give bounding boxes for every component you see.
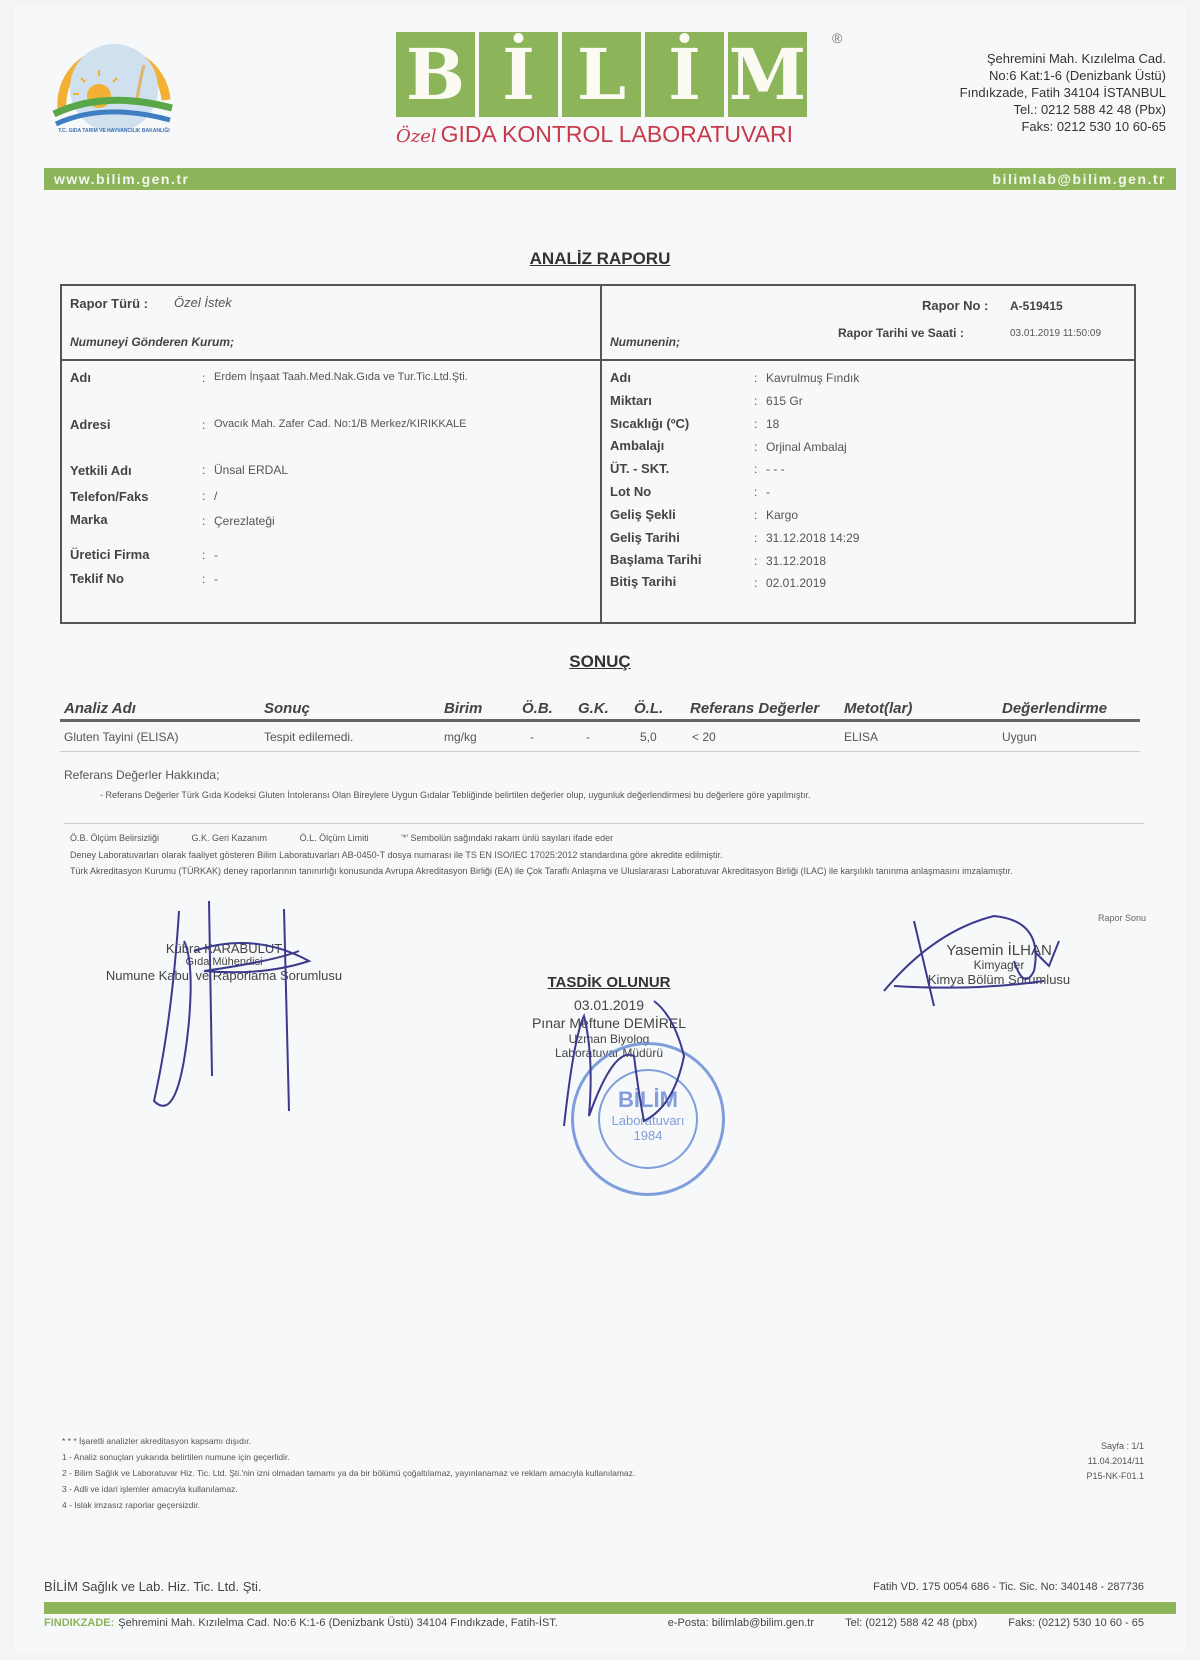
report-end-label: Rapor Sonu [1098, 913, 1146, 923]
approval-heading: TASDİK OLUNUR [534, 974, 684, 991]
page-info: Sayfa : 1/1 11.04.2014/11 P15-NK-F01.1 [1086, 1439, 1144, 1484]
footer-email[interactable]: e-Posta: bilimlab@bilim.gen.tr [668, 1617, 814, 1629]
results-table: Analiz Adı Sonuç Birim Ö.B. G.K. Ö.L. Re… [60, 696, 1140, 752]
sample-lot-no: - [766, 485, 770, 499]
signature-center: 03.01.2019 Pınar Meftune DEMİREL Uzman B… [494, 996, 724, 1060]
footer-bar [44, 1602, 1176, 1614]
table-row: Gluten Tayini (ELISA) Tespit edilemedi. … [60, 722, 1140, 752]
sample-packaging: Orjinal Ambalaj [766, 440, 847, 454]
sample-arrival-date: 31.12.2018 14:29 [766, 531, 859, 545]
abbreviations: Ö.B. Ölçüm Belirsizliği G.K. Geri Kazanı… [70, 830, 1170, 878]
company-name: BİLİM Sağlık ve Lab. Hiz. Tic. Ltd. Şti. [44, 1579, 261, 1594]
sample-end-date: 02.01.2019 [766, 576, 826, 590]
email-link[interactable]: bilimlab@bilim.gen.tr [993, 171, 1167, 187]
sun-wheat-emblem-icon [44, 30, 184, 140]
footer-tel: Tel: (0212) 588 42 48 (pbx) [845, 1617, 977, 1629]
report-no-label: Rapor No : [922, 298, 988, 313]
report-no: A-519415 [1010, 299, 1063, 313]
bilim-logo: B İ L İ M ® ÖzelGIDA KONTROL LABORATUVAR… [396, 32, 807, 148]
page-number: Sayfa : 1/1 [1086, 1439, 1144, 1454]
sender-producer: - [214, 548, 218, 562]
logo-letter: B [396, 32, 475, 117]
page-title: ANALİZ RAPORU [14, 249, 1186, 269]
reference-notes: Referans Değerler Hakkında; - Referans D… [64, 768, 1164, 800]
logo-letter: İ [645, 32, 724, 117]
sender-heading: Numuneyi Gönderen Kurum; [70, 335, 234, 349]
sample-heading: Numunenin; [610, 335, 680, 349]
sender-phone: / [214, 489, 217, 503]
results-header: Analiz Adı Sonuç Birim Ö.B. G.K. Ö.L. Re… [60, 696, 1140, 722]
footer-contact: e-Posta: bilimlab@bilim.gen.tr Tel: (021… [640, 1617, 1144, 1629]
sender-offer-no: - [214, 572, 218, 586]
footer-fax: Faks: (0212) 530 10 60 - 65 [1008, 1617, 1144, 1629]
company-stamp: BİLİM Laboratuvarı 1984 [571, 1042, 725, 1196]
report-type-label: Rapor Türü : [70, 296, 148, 311]
sample-name: Kavrulmuş Fındık [766, 371, 859, 385]
sender-contact: Ünsal ERDAL [214, 463, 288, 477]
ministry-caption: T.C. GIDA TARIM VE HAYVANCILIK BAKANLIĞI [44, 128, 184, 134]
footer-address: FINDIKZADE:Şehremini Mah. Kızılelma Cad.… [44, 1617, 558, 1629]
website-link[interactable]: www.bilim.gen.tr [54, 171, 190, 187]
signature-left: Kübra KARABULUT Gıda Mühendisi Numune Ka… [74, 941, 374, 983]
registered-icon: ® [832, 30, 842, 46]
report-info-box: Rapor Türü : Özel İstek Numuneyi Göndere… [60, 284, 1136, 624]
ministry-logo: T.C. GIDA TARIM VE HAYVANCILIK BAKANLIĞI [44, 30, 184, 155]
report-datetime-label: Rapor Tarihi ve Saati : [838, 326, 964, 340]
report-type-value: Özel İstek [174, 295, 232, 310]
lab-subtitle: ÖzelGIDA KONTROL LABORATUVARI [396, 121, 807, 148]
sender-name: Erdem İnşaat Taah.Med.Nak.Gıda ve Tur.Ti… [214, 371, 468, 383]
logo-letter: İ [479, 32, 558, 117]
report-datetime: 03.01.2019 11:50:09 [1010, 328, 1101, 339]
results-title: SONUÇ [14, 652, 1186, 672]
footnotes: * * * İşaretli analizler akreditasyon ka… [62, 1433, 635, 1513]
sample-quantity: 615 Gr [766, 394, 803, 408]
web-bar: www.bilim.gen.tr bilimlab@bilim.gen.tr [44, 168, 1176, 190]
signature-right: Yasemin İLHAN Kimyager Kimya Bölüm Sorum… [894, 942, 1104, 987]
logo-letter: L [562, 32, 641, 117]
sender-brand: Çerezlateği [214, 514, 275, 528]
hq-address: Şehremini Mah. Kızılelma Cad. No:6 Kat:1… [960, 50, 1166, 135]
tax-info: Fatih VD. 175 0054 686 - Tic. Sic. No: 3… [873, 1581, 1144, 1593]
logo-letter: M [728, 32, 807, 117]
sample-arrival-method: Kargo [766, 508, 798, 522]
sample-expiry: - - - [766, 462, 785, 476]
sample-start-date: 31.12.2018 [766, 554, 826, 568]
report-page: T.C. GIDA TARIM VE HAYVANCILIK BAKANLIĞI… [14, 6, 1186, 1654]
handwritten-signature-icon [134, 901, 334, 1131]
sample-temperature: 18 [766, 417, 779, 431]
sender-address: Ovacık Mah. Zafer Cad. No:1/B Merkez/KIR… [214, 418, 466, 430]
form-code: P15-NK-F01.1 [1086, 1469, 1144, 1484]
